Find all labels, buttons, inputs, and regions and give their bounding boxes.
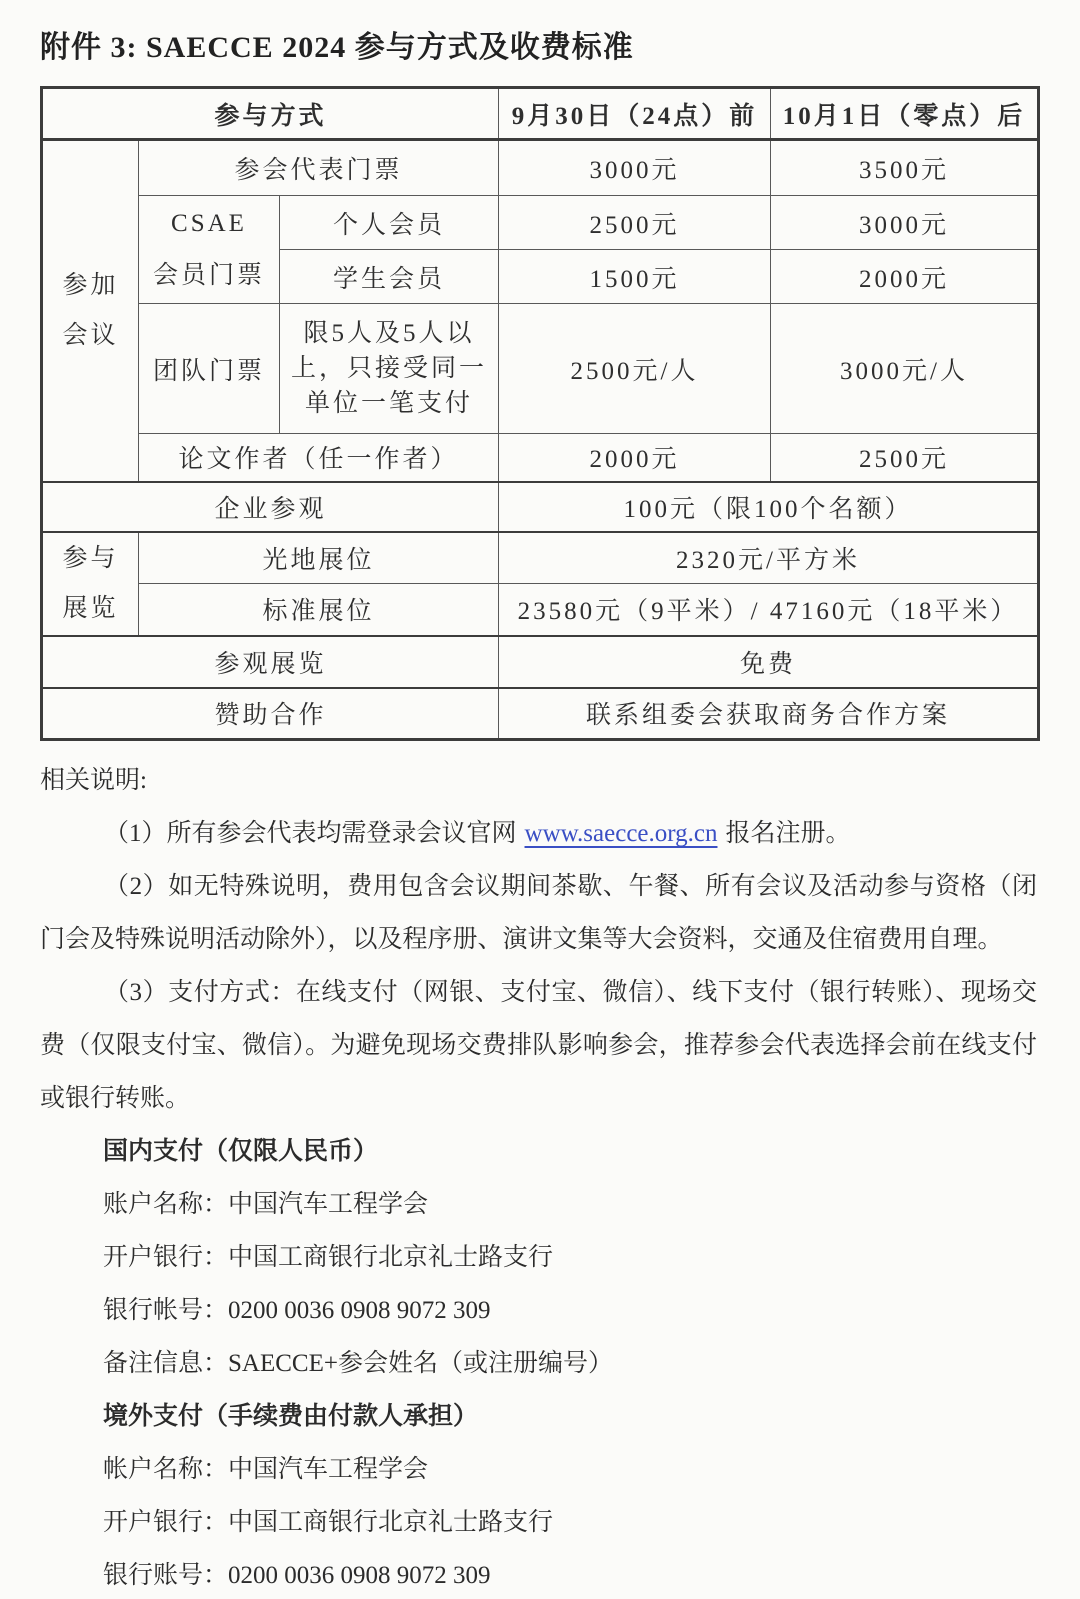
row-raw-space-booth: 参与 展览 光地展位 2320元/平方米 — [42, 532, 1039, 584]
row-team-ticket: 团队门票 限5人及5人以 上，只接受同一 单位一笔支付 2500元/人 3000… — [42, 304, 1039, 434]
notes-heading: 相关说明: — [40, 754, 1037, 807]
row-paper-author: 论文作者（任一作者） 2000元 2500元 — [42, 434, 1039, 482]
student-price-after: 2000元 — [771, 250, 1039, 304]
individual-member-label: 个人会员 — [280, 196, 499, 250]
page-title: 附件 3: SAECCE 2024 参与方式及收费标准 — [40, 22, 1037, 66]
document-page: 附件 3: SAECCE 2024 参与方式及收费标准 参与方式 9月30日（2… — [0, 0, 1080, 1599]
row-standard-booth: 标准展位 23580元（9平米）/ 47160元（18平米） — [42, 584, 1039, 636]
team-price-after: 3000元/人 — [771, 304, 1039, 434]
team-price-before: 2500元/人 — [499, 304, 771, 434]
note-1-prefix: （1）所有参会代表均需登录会议官网 — [104, 820, 517, 847]
delegate-price-after: 3500元 — [771, 140, 1039, 196]
delegate-ticket-label: 参会代表门票 — [139, 140, 499, 196]
row-visit-exhibition: 参观展览 免费 — [42, 636, 1039, 688]
enterprise-visit-label: 企业参观 — [42, 482, 499, 532]
conference-website-link[interactable]: www.saecce.org.cn — [517, 820, 726, 847]
group-attend-conference: 参加 会议 — [42, 140, 139, 482]
overseas-payment-heading: 境外支付（手续费由付款人承担） — [103, 1390, 1037, 1443]
row-sponsor: 赞助合作 联系组委会获取商务合作方案 — [42, 688, 1039, 740]
visit-exhibition-price: 免费 — [499, 636, 1039, 688]
domestic-account-number: 银行帐号：0200 0036 0908 9072 309 — [103, 1284, 1037, 1337]
note-2: （2）如无特殊说明，费用包含会议期间茶歇、午餐、所有会议及活动参与资格（闭门会及… — [40, 860, 1037, 966]
overseas-account-name: 帐户名称：中国汽车工程学会 — [103, 1443, 1037, 1496]
author-price-before: 2000元 — [499, 434, 771, 482]
author-price-after: 2500元 — [771, 434, 1039, 482]
visit-exhibition-label: 参观展览 — [42, 636, 499, 688]
header-after-deadline: 10月1日（零点）后 — [771, 88, 1039, 140]
row-individual-member: CSAE 会员门票 个人会员 2500元 3000元 — [42, 196, 1039, 250]
individual-price-before: 2500元 — [499, 196, 771, 250]
domestic-remark: 备注信息：SAECCE+参会姓名（或注册编号） — [103, 1337, 1037, 1390]
paper-author-label: 论文作者（任一作者） — [139, 434, 499, 482]
row-delegate-ticket: 参加 会议 参会代表门票 3000元 3500元 — [42, 140, 1039, 196]
raw-space-price: 2320元/平方米 — [499, 532, 1039, 584]
overseas-account-number: 银行账号：0200 0036 0908 9072 309 — [103, 1549, 1037, 1599]
table-header-row: 参与方式 9月30日（24点）前 10月1日（零点）后 — [42, 88, 1039, 140]
standard-booth-price: 23580元（9平米）/ 47160元（18平米） — [499, 584, 1039, 636]
domestic-bank: 开户银行：中国工商银行北京礼士路支行 — [103, 1231, 1037, 1284]
sponsor-value: 联系组委会获取商务合作方案 — [499, 688, 1039, 740]
fee-table: 参与方式 9月30日（24点）前 10月1日（零点）后 参加 会议 参会代表门票… — [40, 86, 1040, 741]
csae-member-ticket-label: CSAE 会员门票 — [139, 196, 280, 304]
student-price-before: 1500元 — [499, 250, 771, 304]
sponsor-label: 赞助合作 — [42, 688, 499, 740]
row-enterprise-visit: 企业参观 100元（限100个名额） — [42, 482, 1039, 532]
note-1: （1）所有参会代表均需登录会议官网www.saecce.org.cn报名注册。 — [40, 807, 1037, 860]
domestic-payment-heading: 国内支付（仅限人民币） — [103, 1125, 1037, 1178]
header-participation-method: 参与方式 — [42, 88, 499, 140]
raw-space-label: 光地展位 — [139, 532, 499, 584]
team-ticket-condition: 限5人及5人以 上，只接受同一 单位一笔支付 — [280, 304, 499, 434]
standard-booth-label: 标准展位 — [139, 584, 499, 636]
header-before-deadline: 9月30日（24点）前 — [499, 88, 771, 140]
note-1-suffix: 报名注册。 — [725, 820, 850, 847]
notes-section: 相关说明: （1）所有参会代表均需登录会议官网www.saecce.org.cn… — [40, 754, 1037, 1599]
domestic-account-name: 账户名称：中国汽车工程学会 — [103, 1178, 1037, 1231]
student-member-label: 学生会员 — [280, 250, 499, 304]
note-3: （3）支付方式：在线支付（网银、支付宝、微信）、线下支付（银行转账）、现场交费（… — [40, 966, 1037, 1125]
overseas-bank: 开户银行：中国工商银行北京礼士路支行 — [103, 1496, 1037, 1549]
team-ticket-label: 团队门票 — [139, 304, 280, 434]
delegate-price-before: 3000元 — [499, 140, 771, 196]
enterprise-visit-price: 100元（限100个名额） — [499, 482, 1039, 532]
individual-price-after: 3000元 — [771, 196, 1039, 250]
group-join-exhibition: 参与 展览 — [42, 532, 139, 636]
